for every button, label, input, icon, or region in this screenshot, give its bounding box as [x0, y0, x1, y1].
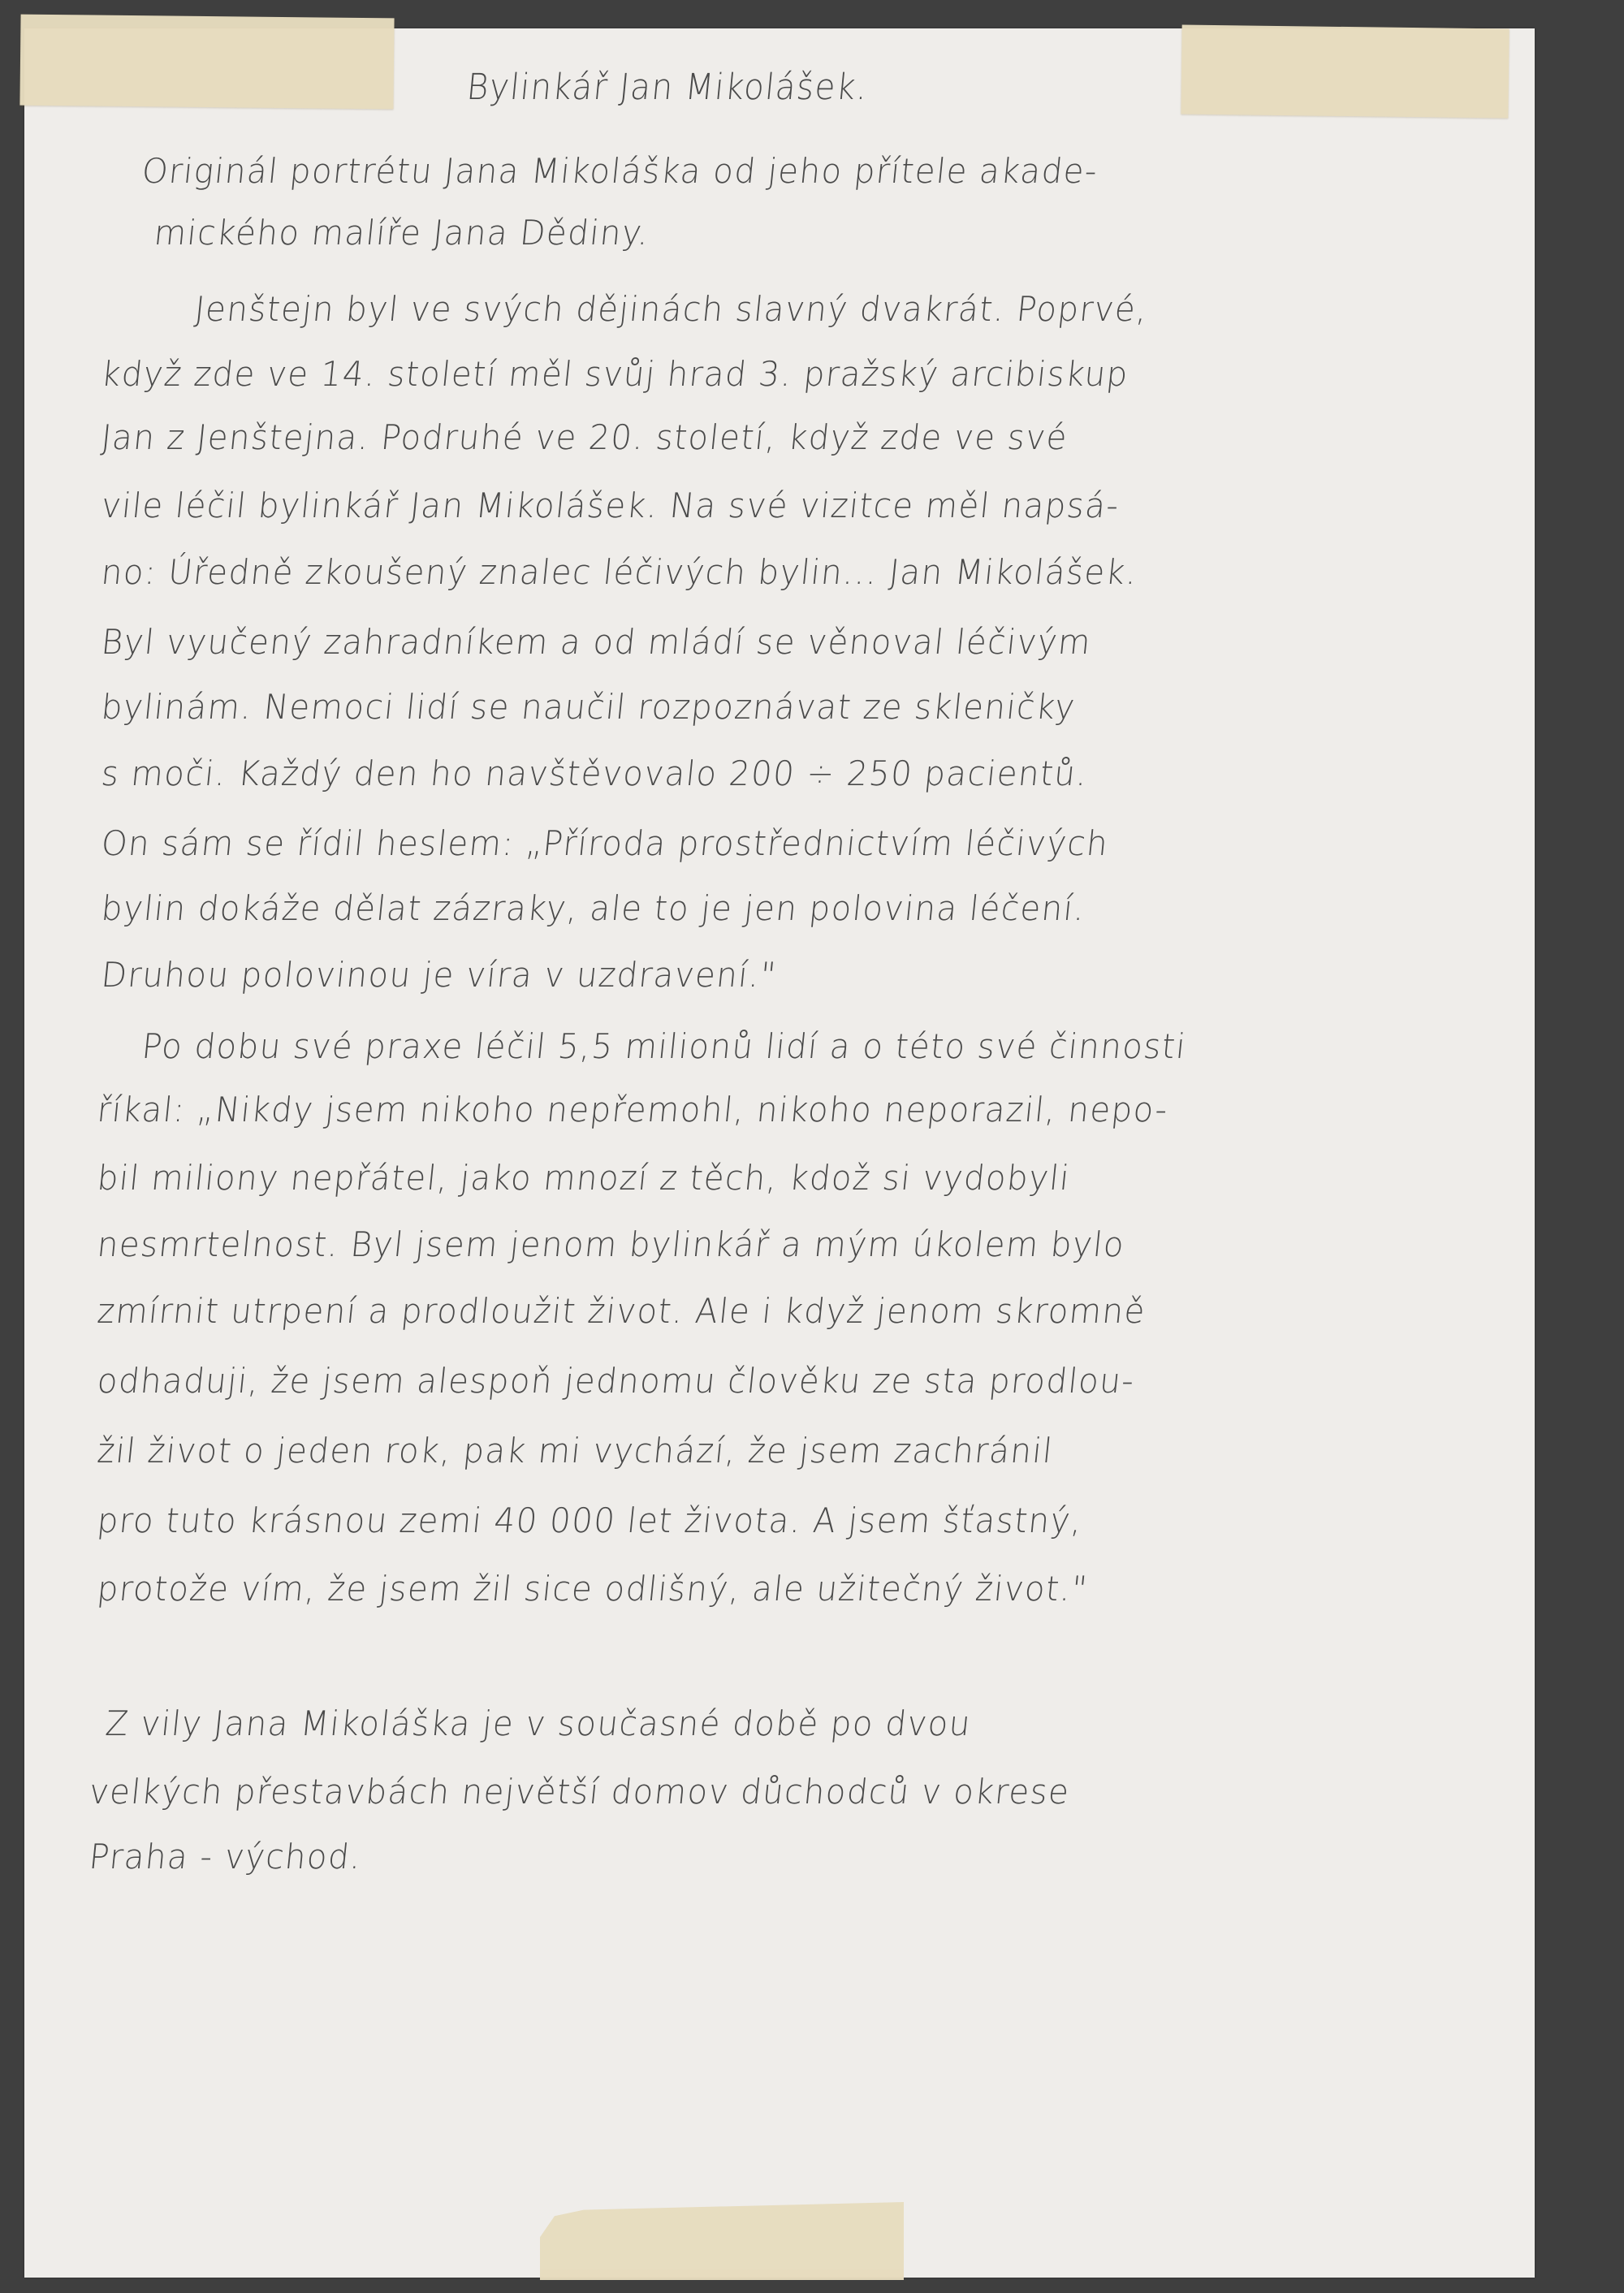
text-line: On sám se řídil heslem: „Příroda prostře… [100, 827, 1110, 861]
text-line: no: Úředně zkoušený znalec léčivých byli… [100, 555, 1139, 589]
tape-strip-top-right [1181, 25, 1509, 119]
text-line: Druhou polovinou je víra v uzdravení." [100, 958, 779, 992]
document-title: Bylinkář Jan Mikolášek. [465, 70, 870, 106]
text-line: mického malíře Jana Dědiny. [153, 216, 651, 250]
text-line: pro tuto krásnou zemi 40 000 let života.… [96, 1504, 1084, 1538]
text-line: velkých přestavbách největší domov důcho… [88, 1775, 1072, 1809]
text-line: Jan z Jenštejna. Podruhé ve 20. století,… [100, 421, 1069, 455]
text-line: žil život o jeden rok, pak mi vychází, ž… [96, 1434, 1055, 1468]
text-line: říkal: „Nikdy jsem nikoho nepřemohl, nik… [96, 1093, 1170, 1127]
text-line: bylin dokáže dělat zázraky, ale to je je… [100, 892, 1087, 926]
text-line: když zde ve 14. století měl svůj hrad 3.… [100, 357, 1130, 391]
text-line: Praha - východ. [88, 1840, 364, 1874]
text-line: nesmrtelnost. Byl jsem jenom bylinkář a … [96, 1228, 1126, 1262]
text-line: Byl vyučený zahradníkem a od mládí se vě… [100, 625, 1093, 659]
text-line: Originál portrétu Jana Mikoláška od jeho… [140, 154, 1099, 188]
tape-strip-bottom [540, 2202, 904, 2280]
text-line: vile léčil bylinkář Jan Mikolášek. Na sv… [100, 489, 1121, 523]
text-line: protože vím, že jsem žil sice odlišný, a… [96, 1572, 1090, 1606]
text-line: Z vily Jana Mikoláška je v současné době… [104, 1707, 973, 1741]
text-line: Po dobu své praxe léčil 5,5 milionů lidí… [140, 1030, 1188, 1064]
tape-strip-top-left [19, 15, 394, 110]
text-line: Jenštejn byl ve svých dějinách slavný dv… [193, 292, 1150, 326]
text-line: odhaduji, že jsem alespoň jednomu člověk… [96, 1364, 1137, 1398]
text-line: bil miliony nepřátel, jako mnozí z těch,… [96, 1161, 1072, 1195]
text-line: zmírnit utrpení a prodloužit život. Ale … [96, 1294, 1147, 1328]
text-line: bylinám. Nemoci lidí se naučil rozpoznáv… [100, 690, 1078, 724]
text-line: s moči. Každý den ho navštěvovalo 200 ÷ … [100, 757, 1090, 791]
